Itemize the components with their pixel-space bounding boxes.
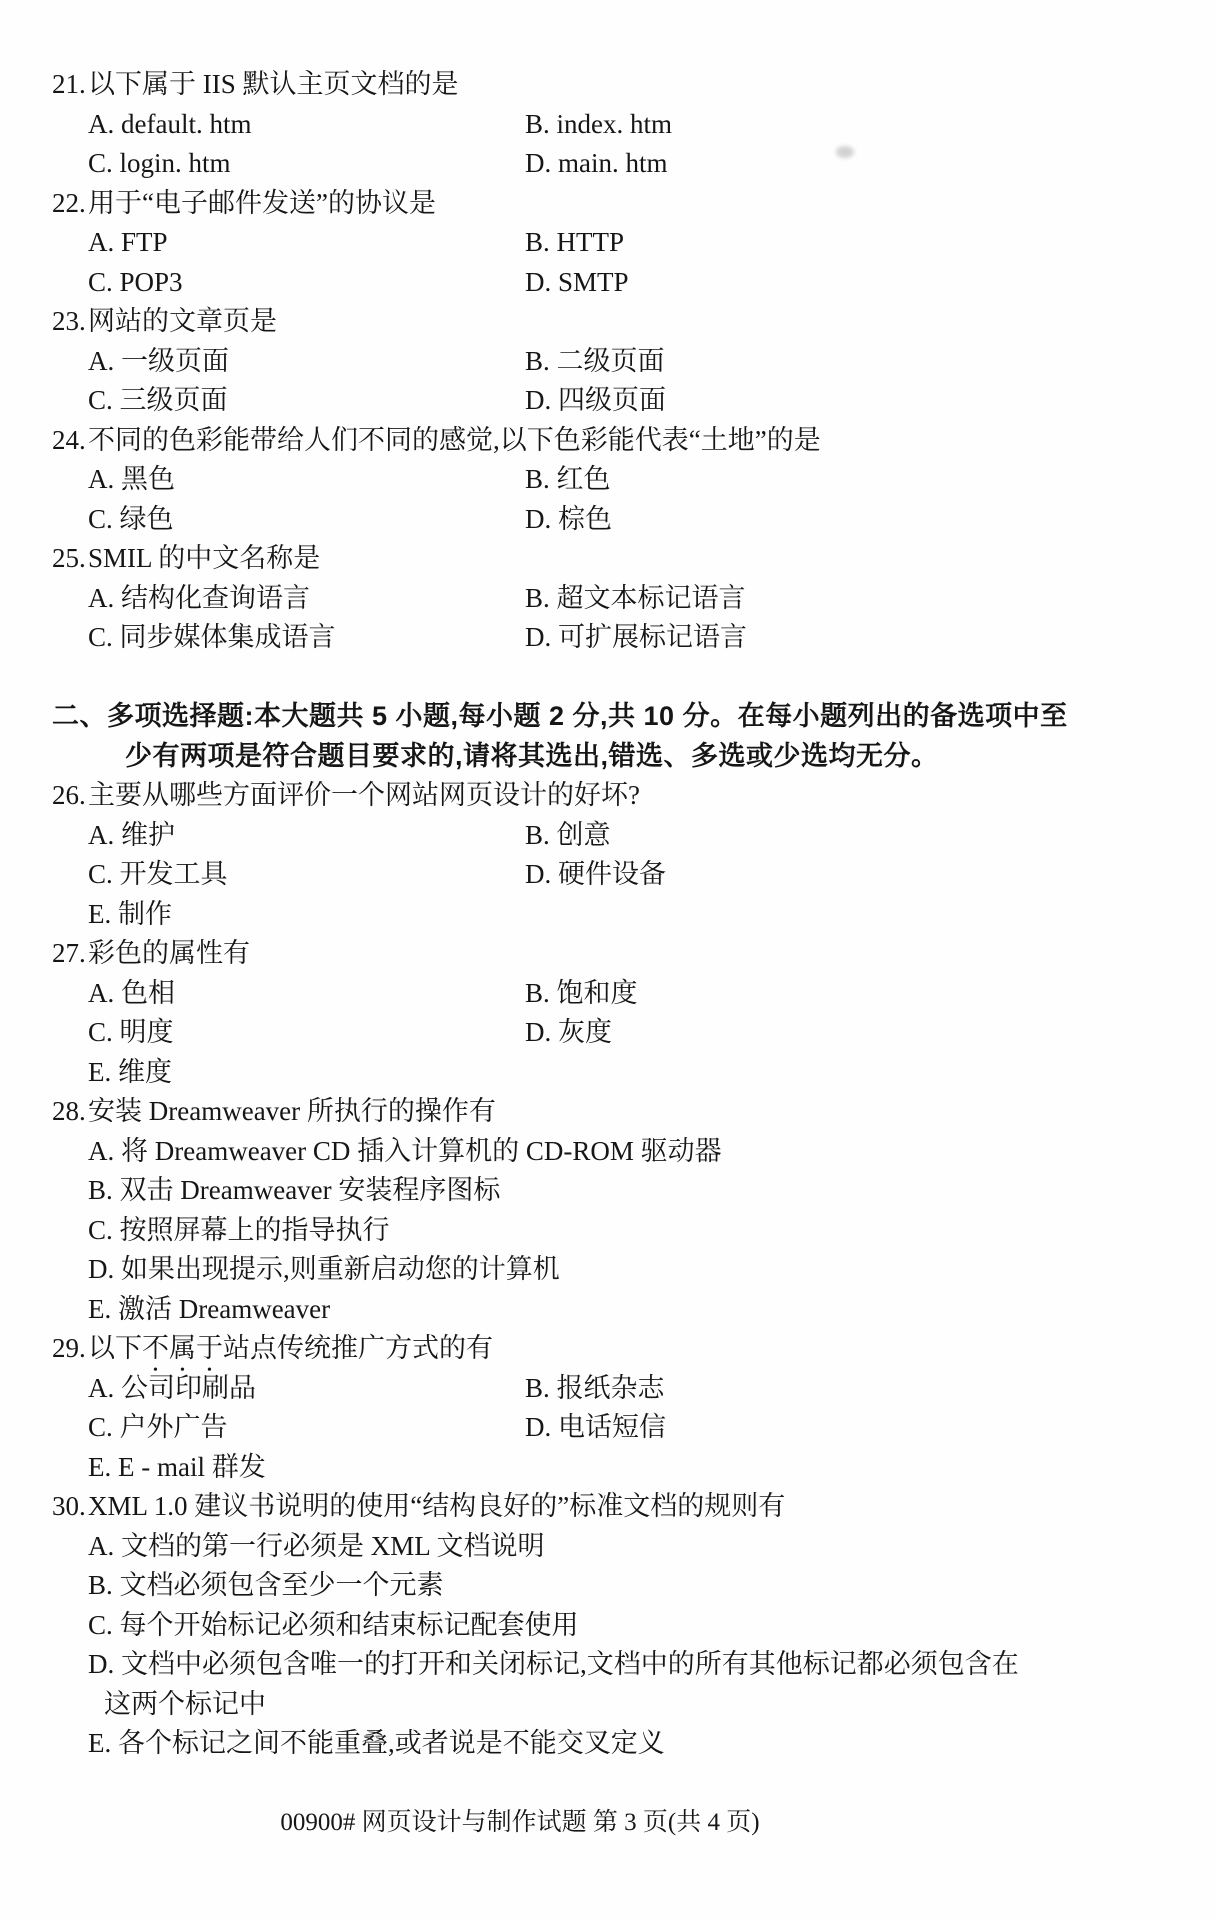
question-29-option-c: C. 户外广告 [88,1408,525,1448]
section-2-heading-line-1: 二、多项选择题:本大题共 5 小题,每小题 2 分,共 10 分。在每小题列出的… [52,697,1168,737]
question-21-number: 21. [52,65,88,105]
spacer [52,658,1168,698]
exam-content: 21. 以下属于 IIS 默认主页文档的是 A. default. htm B.… [52,65,1168,1764]
question-30-option-c: C. 每个开始标记必须和结束标记配套使用 [52,1606,1168,1646]
question-23-option-b: B. 二级页面 [525,342,665,382]
question-29-option-b: B. 报纸杂志 [525,1369,665,1409]
question-23-option-a: A. 一级页面 [88,342,525,382]
question-26: 26. 主要从哪些方面评价一个网站网页设计的好坏? [52,776,1168,816]
question-27-option-d: D. 灰度 [525,1013,612,1053]
question-26-option-a: A. 维护 [88,816,525,856]
question-24-option-a: A. 黑色 [88,460,525,500]
question-29-option-e: E. E - mail 群发 [52,1448,1168,1488]
question-27-option-e: E. 维度 [52,1053,1168,1093]
question-25-option-b: B. 超文本标记语言 [525,579,746,619]
question-27-options-row-2: C. 明度 D. 灰度 [52,1013,1168,1053]
question-28-text: 安装 Dreamweaver 所执行的操作有 [88,1092,496,1132]
question-26-options-row-1: A. 维护 B. 创意 [52,816,1168,856]
question-27-text: 彩色的属性有 [88,934,250,974]
question-30-option-a: A. 文档的第一行必须是 XML 文档说明 [52,1527,1168,1567]
question-22-option-c: C. POP3 [88,263,525,303]
question-29-number: 29. [52,1329,88,1369]
question-24-options-row-1: A. 黑色 B. 红色 [52,460,1168,500]
question-26-option-b: B. 创意 [525,816,611,856]
question-28-option-a: A. 将 Dreamweaver CD 插入计算机的 CD-ROM 驱动器 [52,1132,1168,1172]
question-25-options-row-1: A. 结构化查询语言 B. 超文本标记语言 [52,579,1168,619]
question-24-option-b: B. 红色 [525,460,611,500]
question-26-option-e: E. 制作 [52,895,1168,935]
question-22-number: 22. [52,184,88,224]
question-23-text: 网站的文章页是 [88,302,277,342]
question-28: 28. 安装 Dreamweaver 所执行的操作有 [52,1092,1168,1132]
question-29-text-emphasized: 不属于 [142,1333,223,1363]
exam-page: 21. 以下属于 IIS 默认主页文档的是 A. default. htm B.… [0,0,1216,1920]
question-22-text: 用于“电子邮件发送”的协议是 [88,184,436,224]
question-21: 21. 以下属于 IIS 默认主页文档的是 [52,65,1168,105]
question-23-options-row-2: C. 三级页面 D. 四级页面 [52,381,1168,421]
question-25-number: 25. [52,539,88,579]
question-21-option-b: B. index. htm [525,105,672,145]
question-25: 25. SMIL 的中文名称是 [52,539,1168,579]
question-25-options-row-2: C. 同步媒体集成语言 D. 可扩展标记语言 [52,618,1168,658]
question-26-number: 26. [52,776,88,816]
question-24-options-row-2: C. 绿色 D. 棕色 [52,500,1168,540]
question-22-option-b: B. HTTP [525,223,624,263]
question-22-option-a: A. FTP [88,223,525,263]
section-2-heading-line-2: 少有两项是符合题目要求的,请将其选出,错选、多选或少选均无分。 [52,737,1168,777]
question-29-option-a: A. 公司印刷品 [88,1369,525,1409]
question-23-option-c: C. 三级页面 [88,381,525,421]
question-25-option-d: D. 可扩展标记语言 [525,618,747,658]
question-24-option-c: C. 绿色 [88,500,525,540]
question-26-option-c: C. 开发工具 [88,855,525,895]
question-27-option-c: C. 明度 [88,1013,525,1053]
question-23: 23. 网站的文章页是 [52,302,1168,342]
question-29: 29. 以下不属于站点传统推广方式的有 [52,1329,1168,1369]
question-29-options-row-1: A. 公司印刷品 B. 报纸杂志 [52,1369,1168,1409]
question-29-option-d: D. 电话短信 [525,1408,666,1448]
question-30-text: XML 1.0 建议书说明的使用“结构良好的”标准文档的规则有 [88,1487,785,1527]
question-26-option-d: D. 硬件设备 [525,855,666,895]
question-29-text-post: 站点传统推广方式的有 [223,1333,493,1363]
question-21-option-a: A. default. htm [88,105,525,145]
question-25-option-a: A. 结构化查询语言 [88,579,525,619]
question-25-option-c: C. 同步媒体集成语言 [88,618,525,658]
question-26-text: 主要从哪些方面评价一个网站网页设计的好坏? [88,776,640,816]
question-30: 30. XML 1.0 建议书说明的使用“结构良好的”标准文档的规则有 [52,1487,1168,1527]
question-21-option-c: C. login. htm [88,144,525,184]
question-29-text: 以下不属于站点传统推广方式的有 [88,1329,493,1369]
question-21-options-row-1: A. default. htm B. index. htm [52,105,1168,145]
question-22-option-d: D. SMTP [525,263,629,303]
question-25-text: SMIL 的中文名称是 [88,539,320,579]
question-24-option-d: D. 棕色 [525,500,612,540]
question-30-number: 30. [52,1487,88,1527]
question-28-option-c: C. 按照屏幕上的指导执行 [52,1211,1168,1251]
question-22: 22. 用于“电子邮件发送”的协议是 [52,184,1168,224]
question-30-option-e: E. 各个标记之间不能重叠,或者说是不能交叉定义 [52,1724,1168,1764]
question-21-text: 以下属于 IIS 默认主页文档的是 [88,65,459,105]
question-27-option-b: B. 饱和度 [525,974,638,1014]
question-27-number: 27. [52,934,88,974]
question-21-options-row-2: C. login. htm D. main. htm [52,144,1168,184]
question-30-option-d: D. 文档中必须包含唯一的打开和关闭标记,文档中的所有其他标记都必须包含在 [52,1645,1168,1685]
question-29-options-row-2: C. 户外广告 D. 电话短信 [52,1408,1168,1448]
question-21-option-d: D. main. htm [525,144,668,184]
question-22-options-row-1: A. FTP B. HTTP [52,223,1168,263]
question-28-number: 28. [52,1092,88,1132]
question-29-text-pre: 以下 [88,1333,142,1363]
question-27-options-row-1: A. 色相 B. 饱和度 [52,974,1168,1014]
question-28-option-e: E. 激活 Dreamweaver [52,1290,1168,1330]
question-26-options-row-2: C. 开发工具 D. 硬件设备 [52,855,1168,895]
question-23-number: 23. [52,302,88,342]
question-24: 24. 不同的色彩能带给人们不同的感觉,以下色彩能代表“土地”的是 [52,421,1168,461]
question-28-option-b: B. 双击 Dreamweaver 安装程序图标 [52,1171,1168,1211]
question-30-option-d-continuation: 这两个标记中 [52,1685,1168,1725]
question-22-options-row-2: C. POP3 D. SMTP [52,263,1168,303]
page-footer: 00900# 网页设计与制作试题 第 3 页(共 4 页) [0,1803,1040,1843]
question-30-option-b: B. 文档必须包含至少一个元素 [52,1566,1168,1606]
question-24-text: 不同的色彩能带给人们不同的感觉,以下色彩能代表“土地”的是 [88,421,821,461]
question-23-options-row-1: A. 一级页面 B. 二级页面 [52,342,1168,382]
question-23-option-d: D. 四级页面 [525,381,666,421]
question-28-option-d: D. 如果出现提示,则重新启动您的计算机 [52,1250,1168,1290]
question-27: 27. 彩色的属性有 [52,934,1168,974]
question-27-option-a: A. 色相 [88,974,525,1014]
question-24-number: 24. [52,421,88,461]
